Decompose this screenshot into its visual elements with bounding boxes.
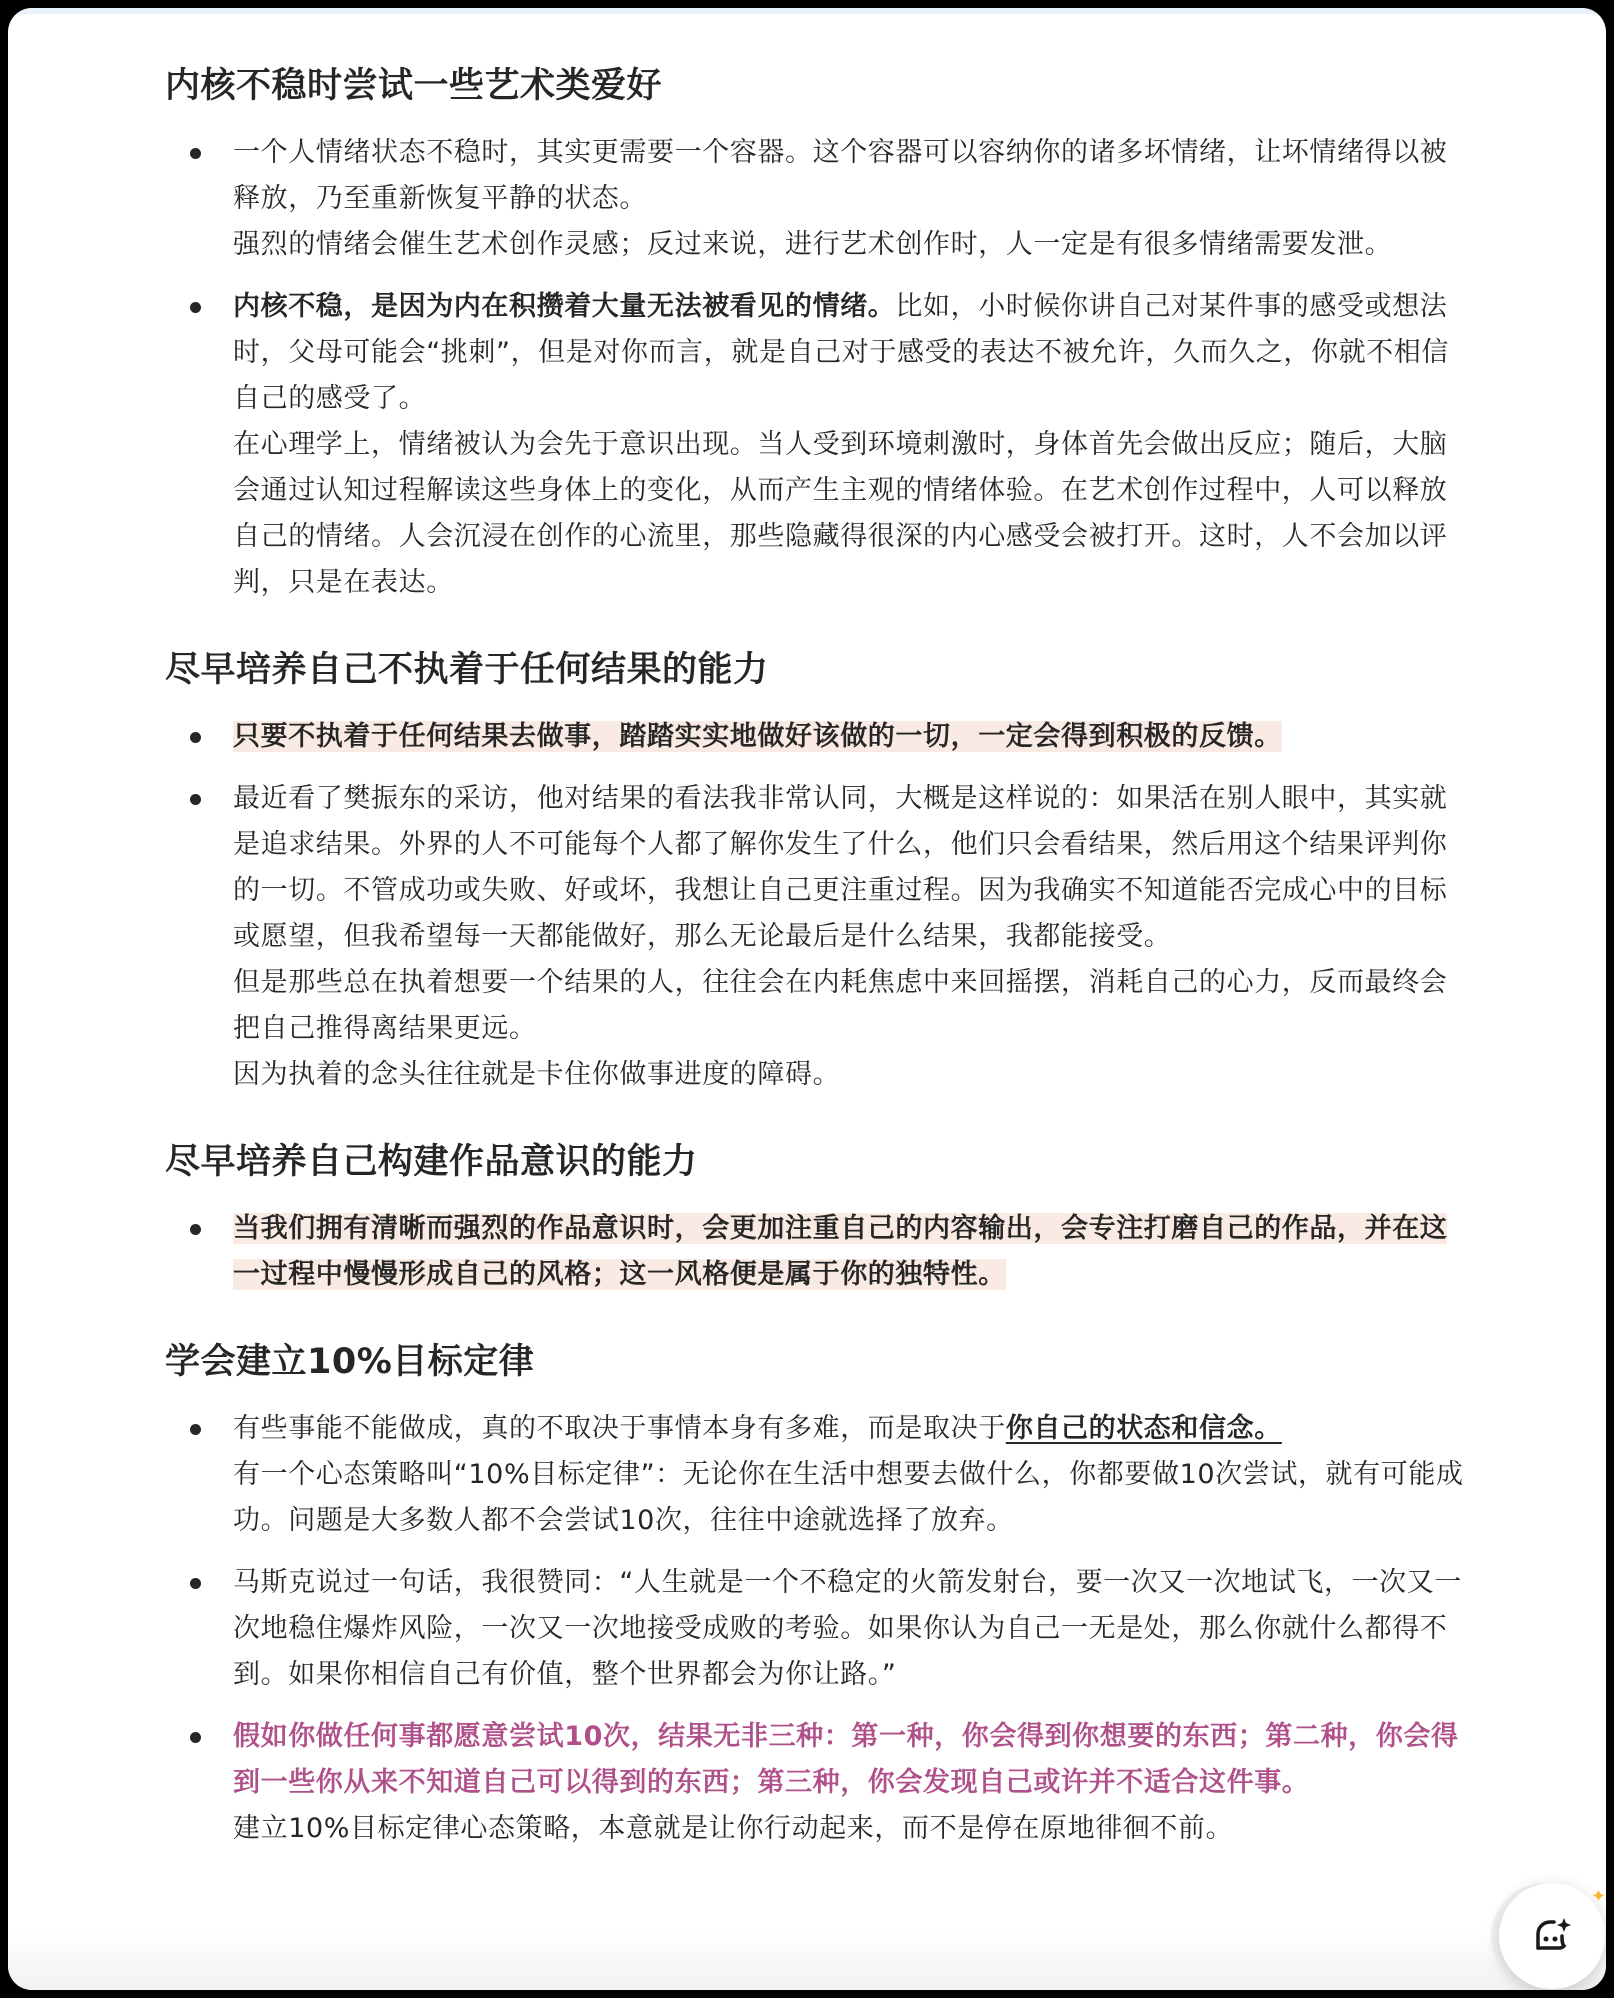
document-content: 内核不稳时尝试一些艺术类爱好 一个人情绪状态不稳时，其实更需要一个容器。这个容器… <box>165 62 1465 1892</box>
list-item: 马斯克说过一句话，我很赞同：“人生就是一个不稳定的火箭发射台，要一次又一次地试飞… <box>165 1560 1465 1698</box>
bottom-fade <box>8 1930 1606 1990</box>
window-top-strip <box>8 8 1606 14</box>
bold-lead: 内核不稳，是因为内在积攒着大量无法被看见的情绪。 <box>233 291 895 322</box>
sparkle-icon: ✦ <box>1591 1886 1606 1907</box>
paragraph: 马斯克说过一句话，我很赞同：“人生就是一个不稳定的火箭发射台，要一次又一次地试飞… <box>233 1560 1465 1698</box>
paragraph: 有些事能不能做成，真的不取决于事情本身有多难，而是取决于你自己的状态和信念。 <box>233 1406 1465 1452</box>
list-item: 内核不稳，是因为内在积攒着大量无法被看见的情绪。比如，小时候你讲自己对某件事的感… <box>165 284 1465 606</box>
lead-text: 有些事能不能做成，真的不取决于事情本身有多难，而是取决于 <box>233 1413 1006 1444</box>
section-title: 内核不稳时尝试一些艺术类爱好 <box>165 62 1465 110</box>
paragraph: 当我们拥有清晰而强烈的作品意识时，会更加注重自己的内容输出，会专注打磨自己的作品… <box>233 1206 1465 1298</box>
list-item: 当我们拥有清晰而强烈的作品意识时，会更加注重自己的内容输出，会专注打磨自己的作品… <box>165 1206 1465 1298</box>
highlighted-text: 当我们拥有清晰而强烈的作品意识时，会更加注重自己的内容输出，会专注打磨自己的作品… <box>233 1213 1447 1290</box>
paragraph: 内核不稳，是因为内在积攒着大量无法被看见的情绪。比如，小时候你讲自己对某件事的感… <box>233 284 1465 422</box>
section-title: 尽早培养自己不执着于任何结果的能力 <box>165 646 1465 694</box>
document-window: 内核不稳时尝试一些艺术类爱好 一个人情绪状态不稳时，其实更需要一个容器。这个容器… <box>8 8 1606 1990</box>
section-title: 学会建立10%目标定律 <box>165 1338 1465 1386</box>
bullet-list: 有些事能不能做成，真的不取决于事情本身有多难，而是取决于你自己的状态和信念。 有… <box>165 1406 1465 1852</box>
list-item: 最近看了樊振东的采访，他对结果的看法我非常认同，大概是这样说的：如果活在别人眼中… <box>165 776 1465 1098</box>
paragraph: 只要不执着于任何结果去做事，踏踏实实地做好该做的一切，一定会得到积极的反馈。 <box>233 714 1465 760</box>
paragraph: 最近看了樊振东的采访，他对结果的看法我非常认同，大概是这样说的：如果活在别人眼中… <box>233 776 1465 960</box>
paragraph: 但是那些总在执着想要一个结果的人，往往会在内耗焦虑中来回摇摆，消耗自己的心力，反… <box>233 960 1465 1052</box>
pink-emphasis-text: 假如你做任何事都愿意尝试10次，结果无非三种：第一种，你会得到你想要的东西；第二… <box>233 1714 1465 1806</box>
list-item: 假如你做任何事都愿意尝试10次，结果无非三种：第一种，你会得到你想要的东西；第二… <box>165 1714 1465 1852</box>
paragraph: 建立10%目标定律心态策略，本意就是让你行动起来，而不是停在原地徘徊不前。 <box>233 1806 1465 1852</box>
highlighted-text: 只要不执着于任何结果去做事，踏踏实实地做好该做的一切，一定会得到积极的反馈。 <box>233 721 1282 752</box>
bullet-list: 只要不执着于任何结果去做事，踏踏实实地做好该做的一切，一定会得到积极的反馈。 最… <box>165 714 1465 1098</box>
ai-assistant-button[interactable] <box>1499 1883 1605 1989</box>
paragraph: 有一个心态策略叫“10%目标定律”：无论你在生活中想要去做什么，你都要做10次尝… <box>233 1452 1465 1544</box>
paragraph: 强烈的情绪会催生艺术创作灵感；反过来说，进行艺术创作时，人一定是有很多情绪需要发… <box>233 222 1465 268</box>
list-item: 一个人情绪状态不稳时，其实更需要一个容器。这个容器可以容纳你的诸多坏情绪，让坏情… <box>165 130 1465 268</box>
paragraph: 一个人情绪状态不稳时，其实更需要一个容器。这个容器可以容纳你的诸多坏情绪，让坏情… <box>233 130 1465 222</box>
bullet-list: 一个人情绪状态不稳时，其实更需要一个容器。这个容器可以容纳你的诸多坏情绪，让坏情… <box>165 130 1465 606</box>
bullet-list: 当我们拥有清晰而强烈的作品意识时，会更加注重自己的内容输出，会专注打磨自己的作品… <box>165 1206 1465 1298</box>
list-item: 有些事能不能做成，真的不取决于事情本身有多难，而是取决于你自己的状态和信念。 有… <box>165 1406 1465 1544</box>
paragraph: 在心理学上，情绪被认为会先于意识出现。当人受到环境刺激时，身体首先会做出反应；随… <box>233 422 1465 606</box>
paragraph: 因为执着的念头往往就是卡住你做事进度的障碍。 <box>233 1052 1465 1098</box>
ai-assistant-chat-icon <box>1528 1912 1576 1960</box>
list-item: 只要不执着于任何结果去做事，踏踏实实地做好该做的一切，一定会得到积极的反馈。 <box>165 714 1465 760</box>
section-title: 尽早培养自己构建作品意识的能力 <box>165 1138 1465 1186</box>
underlined-text: 你自己的状态和信念。 <box>1006 1413 1282 1444</box>
